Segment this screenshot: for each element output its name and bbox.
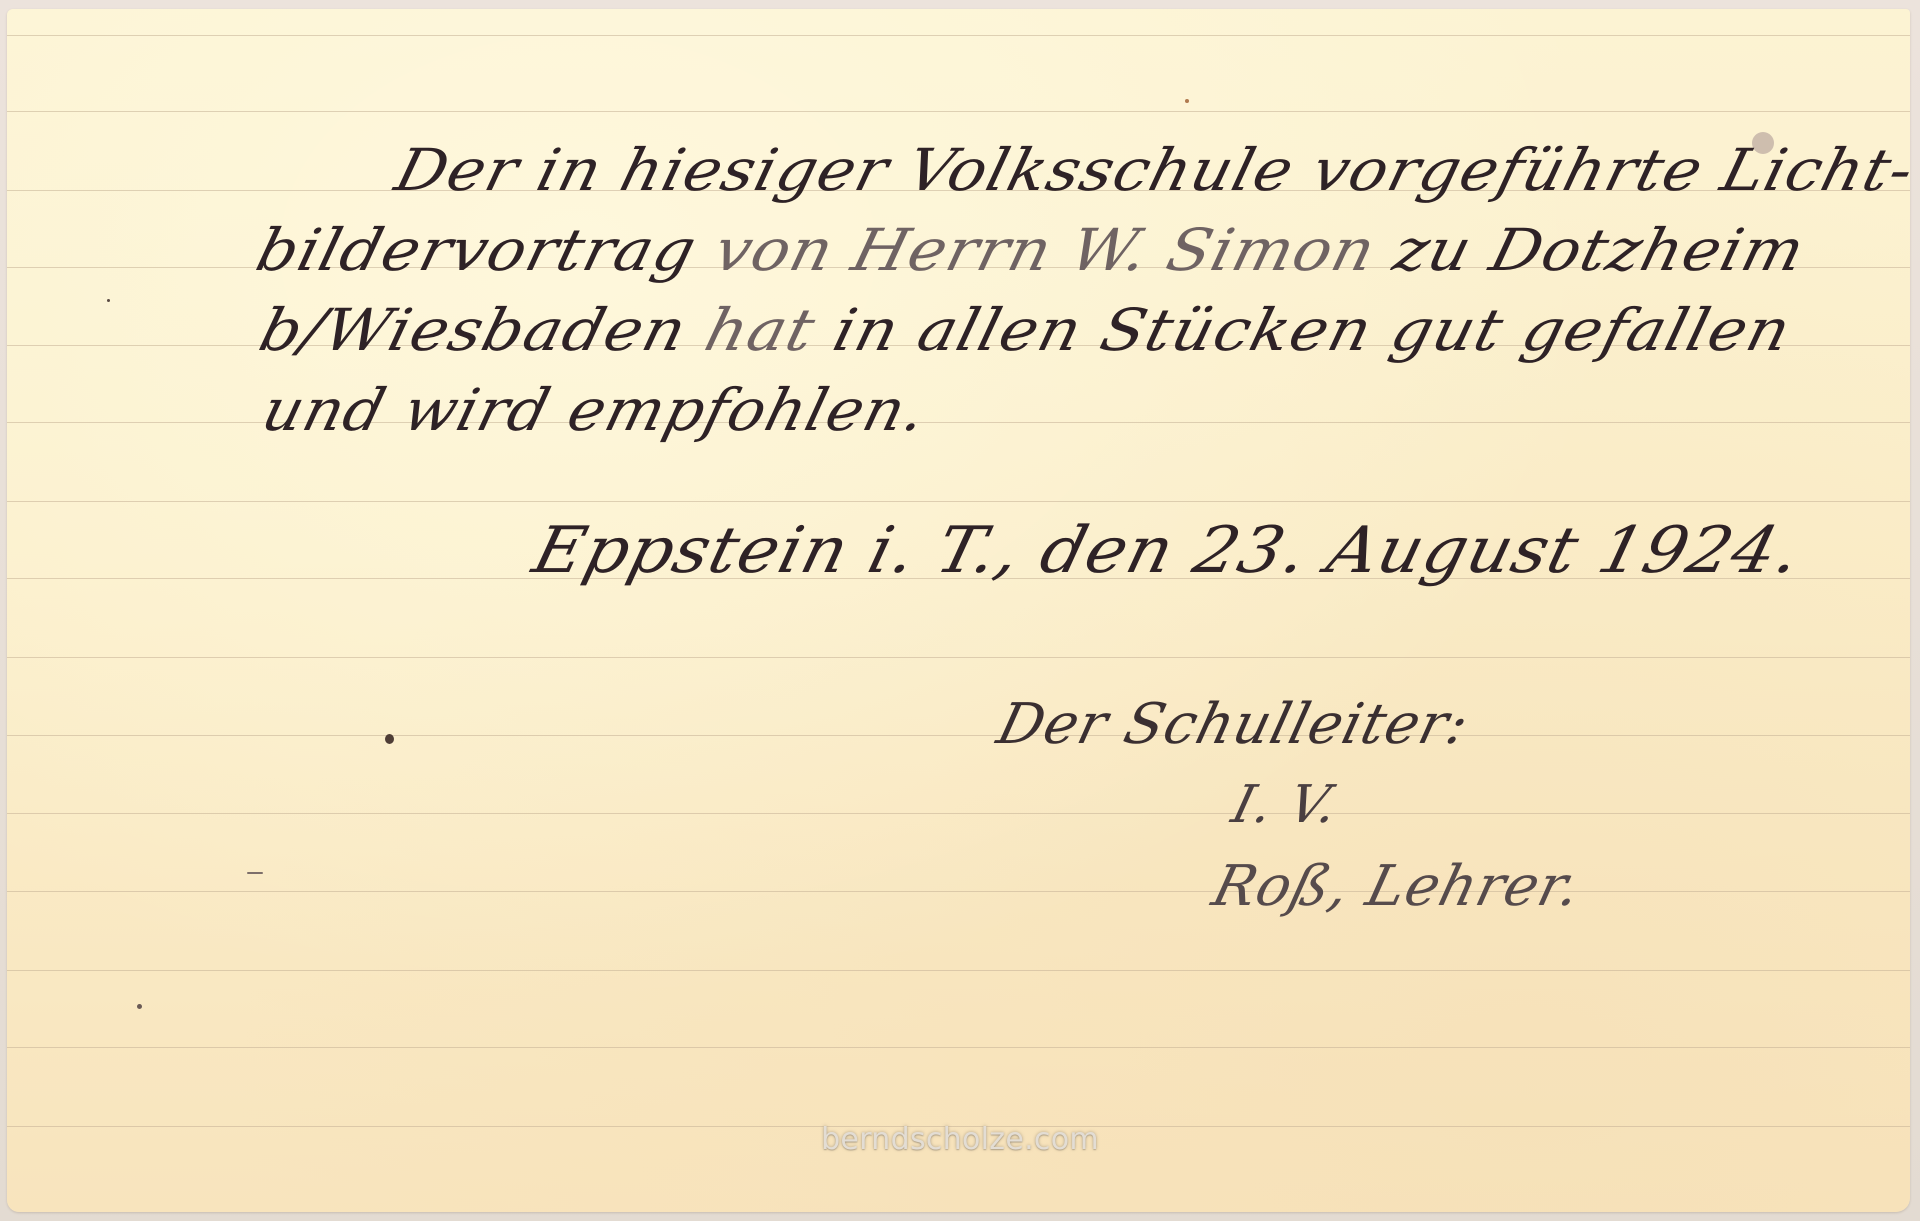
watermark: berndscholze.com [800,1122,1120,1157]
ruled-line [7,1047,1910,1048]
body-line-3-part-c: in allen Stücken gut gefallen [827,296,1799,364]
ruled-line [7,735,1910,736]
ruled-line [7,891,1910,892]
ruled-line [7,501,1910,502]
body-line-2-part-c: zu Dotzheim [1387,216,1812,284]
place-date-line: Eppstein i. T., den 23. August 1924. [527,519,1807,583]
body-line-2-part-b: von Herrn W. Simon [708,216,1383,284]
body-line-2: bildervortrag von Herrn W. Simon zu Dotz… [251,221,1811,279]
paper-speck [1185,99,1189,103]
letter-card: Der in hiesiger Volksschule vorgeführte … [7,9,1910,1212]
signature-on-behalf: I. V. [1227,779,1344,831]
body-line-2-part-a: bildervortrag [250,216,704,284]
ruled-line [7,970,1910,971]
body-line-4: und wird empfohlen. [257,381,933,439]
ruled-line [7,657,1910,658]
ruled-line [7,111,1910,112]
body-line-3-part-b: hat [698,296,822,364]
paper-speck [107,299,110,302]
paper-speck [385,734,394,744]
signature-title: Der Schulleiter: [992,697,1475,753]
body-line-3: b/Wiesbaden hat in allen Stücken gut gef… [254,301,1797,359]
signature-name: Roß, Lehrer. [1207,859,1587,915]
paper-mark [247,872,263,874]
ruled-line [7,35,1910,36]
paper-speck [137,1004,142,1009]
body-line-3-part-a: b/Wiesbaden [253,296,694,364]
body-line-1: Der in hiesiger Volksschule vorgeführte … [390,141,1910,199]
ruled-line [7,813,1910,814]
